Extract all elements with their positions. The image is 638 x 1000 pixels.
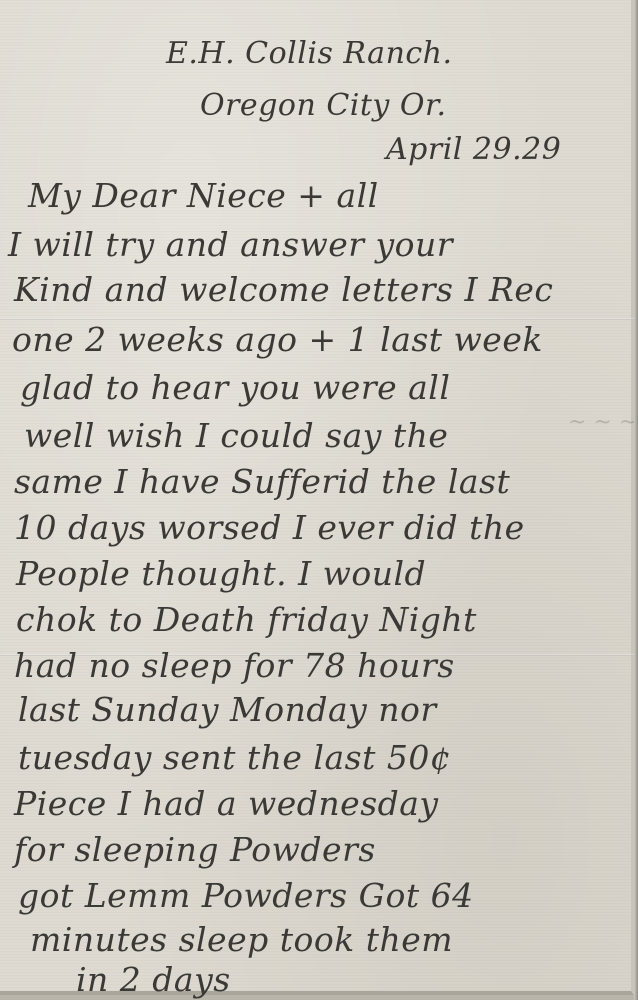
body-line: well wish I could say the — [24, 416, 448, 455]
heading-date: April 29.29 — [386, 132, 561, 167]
body-line: Kind and welcome letters I Rec — [14, 270, 553, 309]
body-line: glad to hear you were all — [20, 368, 450, 407]
body-line: 10 days worsed I ever did the — [14, 508, 525, 547]
page-edge — [634, 0, 638, 1000]
salutation: My Dear Niece + all — [28, 176, 379, 215]
body-line: tuesday sent the last 50¢ — [18, 738, 451, 777]
body-line: same I have Sufferid the last — [14, 462, 510, 501]
body-line: People thought. I would — [16, 554, 426, 593]
body-line: had no sleep for 78 hours — [14, 646, 455, 685]
body-line: Piece I had a wednesday — [14, 784, 439, 823]
body-line: got Lemm Powders Got 64 — [18, 876, 474, 915]
body-line: last Sunday Monday nor — [18, 690, 437, 729]
body-line: chok to Death friday Night — [16, 600, 477, 639]
letter-page: E.H. Collis Ranch. Oregon City Or. April… — [0, 0, 634, 995]
body-line: minutes sleep took them — [30, 920, 453, 959]
show-through-ink: ~ ~ ~ — [568, 410, 637, 435]
body-line: I will try and answer your — [8, 225, 453, 264]
body-line: for sleeping Powders — [14, 830, 376, 869]
body-line: one 2 weeks ago + 1 last week — [12, 320, 543, 359]
body-line: in 2 days — [76, 960, 231, 999]
heading-place: E.H. Collis Ranch. — [166, 36, 453, 71]
heading-city: Oregon City Or. — [200, 88, 447, 123]
